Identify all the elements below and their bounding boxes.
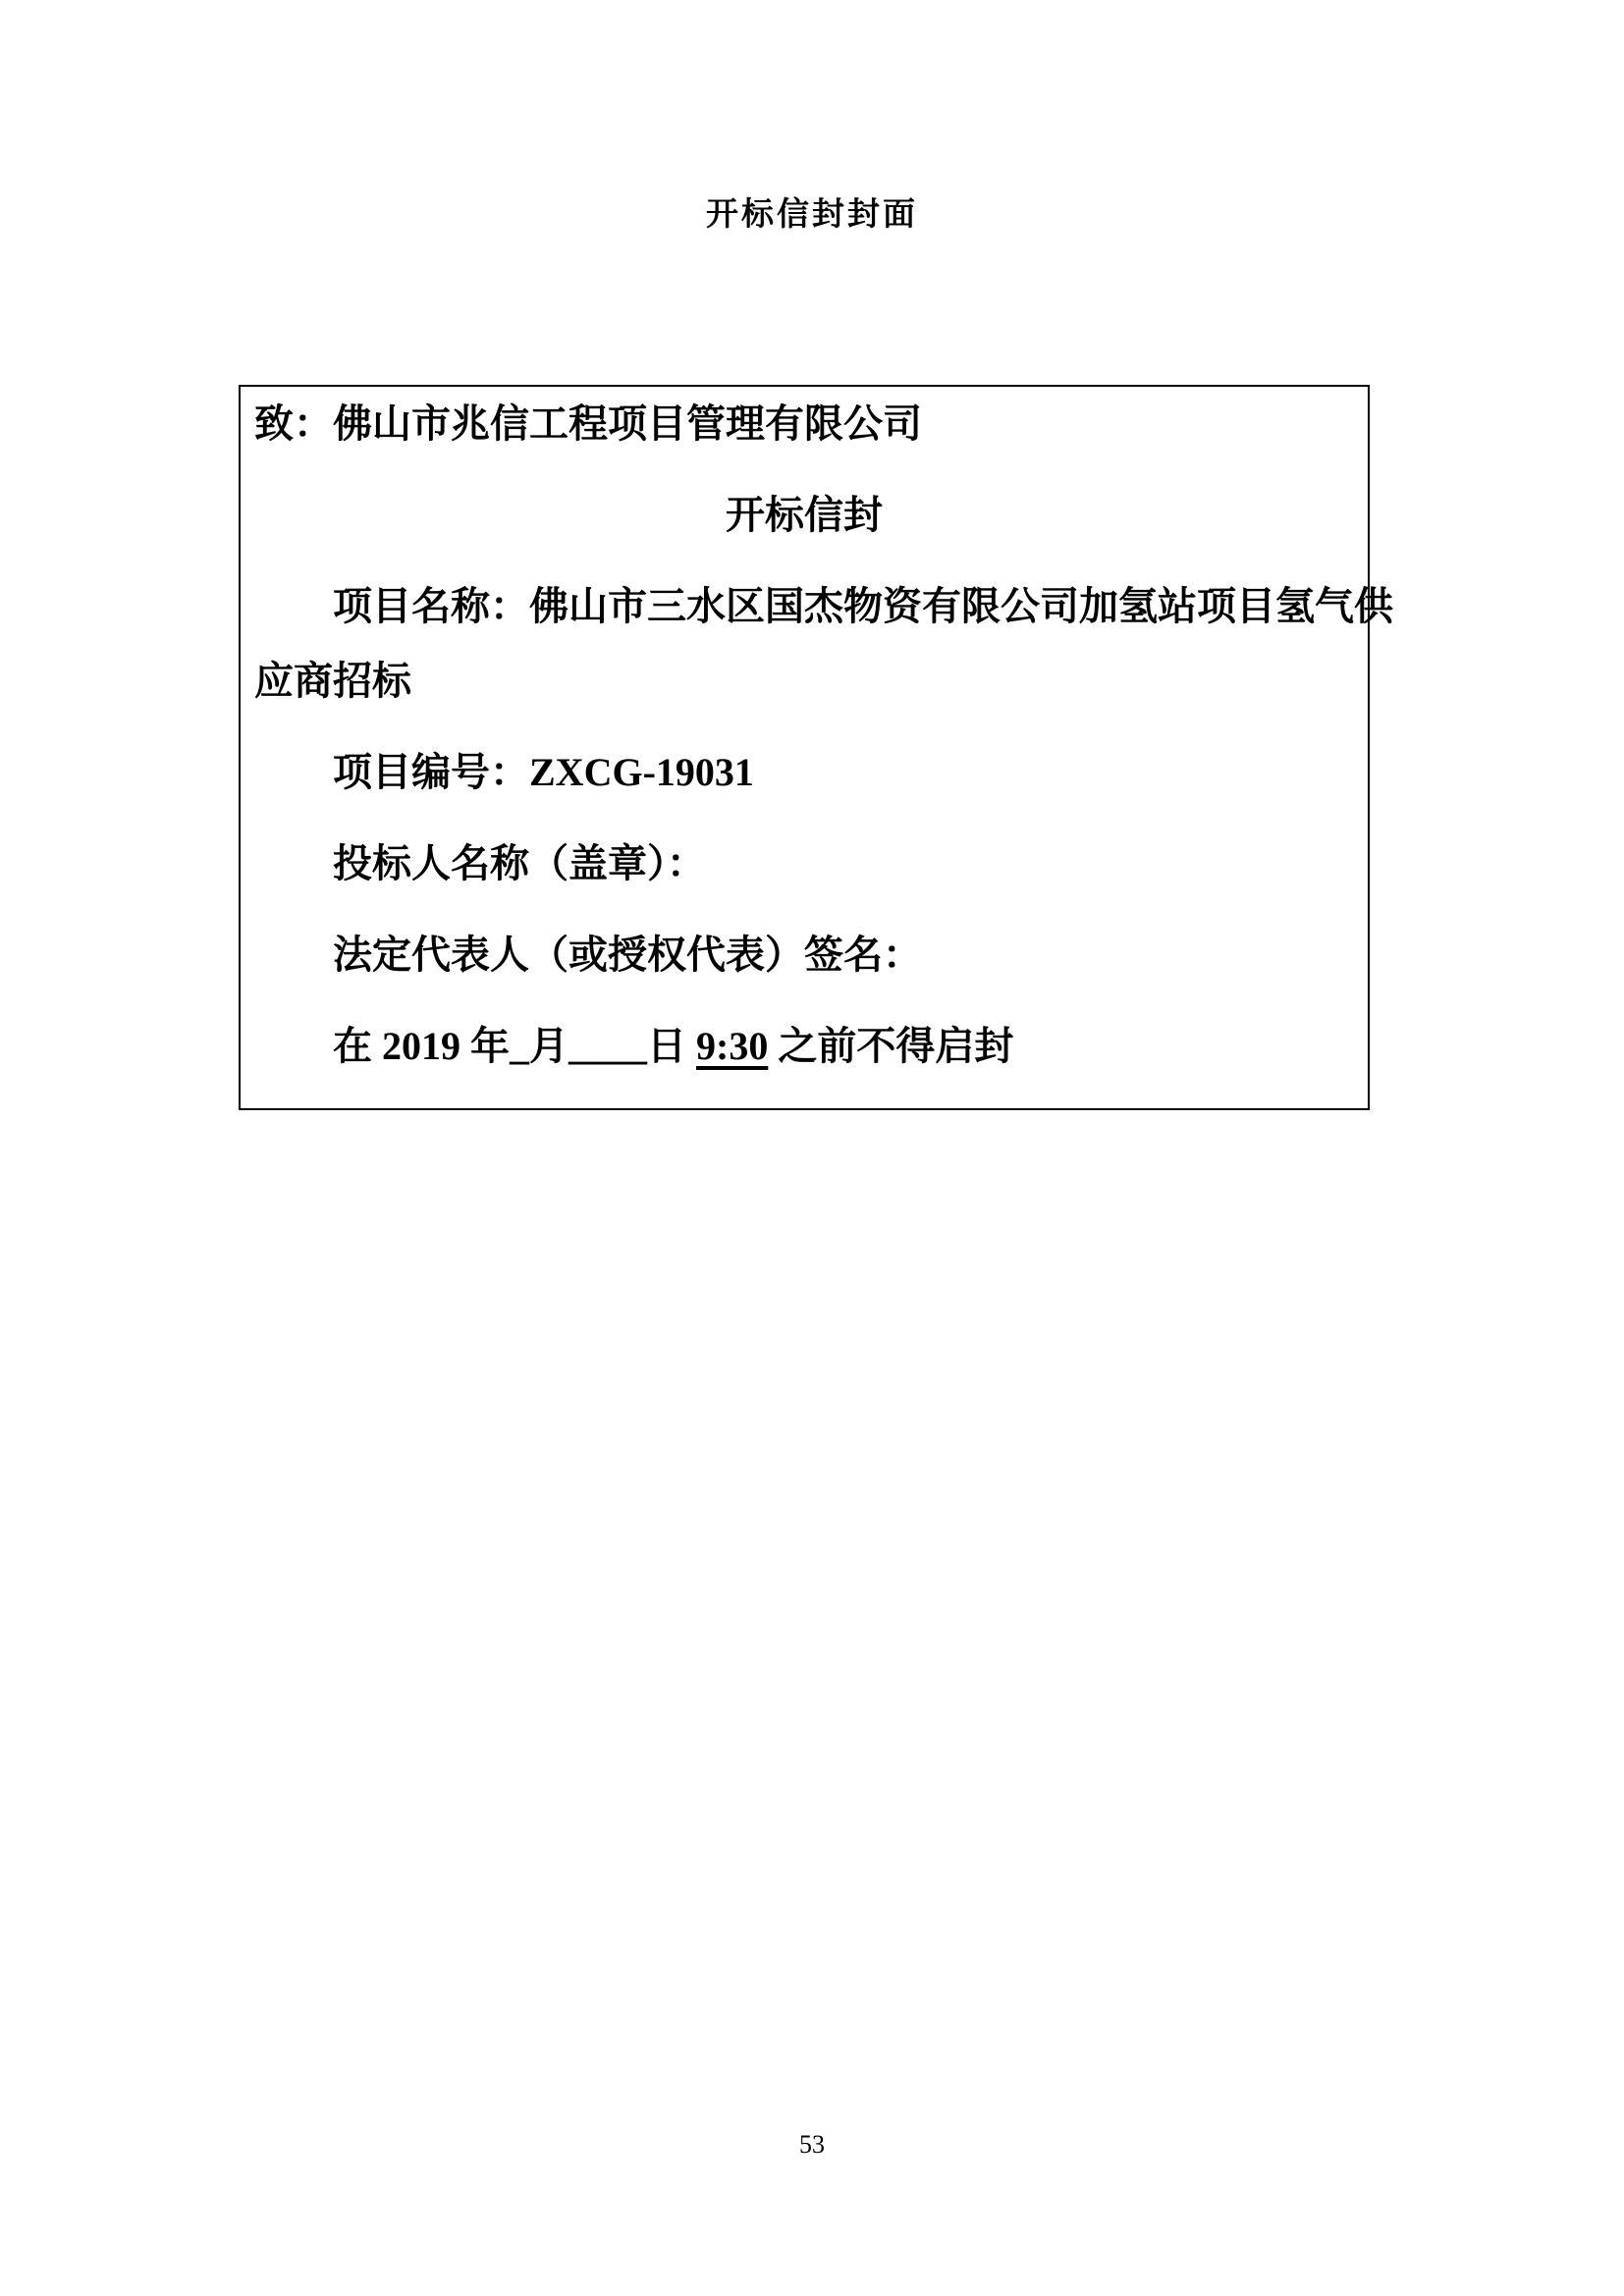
- document-page: 开标信封封面 致：佛山市兆信工程项目管理有限公司 开标信封 项目名称：佛山市三水…: [0, 0, 1624, 2296]
- seal-deadline-suffix: 之前不得启封: [768, 1024, 1013, 1068]
- bidder-name-line: 投标人名称（盖章）：: [254, 827, 1354, 901]
- project-name-line-part2: 应商招标: [254, 644, 1354, 719]
- project-number-line: 项目编号：ZXCG-19031: [254, 735, 1354, 810]
- addressee-line: 致：佛山市兆信工程项目管理有限公司: [254, 387, 1354, 461]
- seal-deadline-line: 在 2019 年_月____日 9:30 之前不得启封: [254, 1009, 1354, 1084]
- project-name-line: 项目名称：佛山市三水区国杰物资有限公司加氢站项目氢气供 应商招标: [254, 569, 1354, 719]
- project-name-line-part1: 项目名称：佛山市三水区国杰物资有限公司加氢站项目氢气供: [254, 569, 1354, 644]
- envelope-heading: 开标信封: [254, 478, 1354, 553]
- representative-signature-line: 法定代表人（或授权代表）签名：: [254, 918, 1354, 992]
- page-number: 53: [0, 2130, 1624, 2160]
- seal-deadline-time: 9:30: [696, 1024, 768, 1068]
- page-title: 开标信封封面: [0, 188, 1624, 235]
- seal-deadline-prefix: 在 2019 年_月____日: [333, 1024, 696, 1068]
- envelope-cover-box: 致：佛山市兆信工程项目管理有限公司 开标信封 项目名称：佛山市三水区国杰物资有限…: [239, 385, 1370, 1110]
